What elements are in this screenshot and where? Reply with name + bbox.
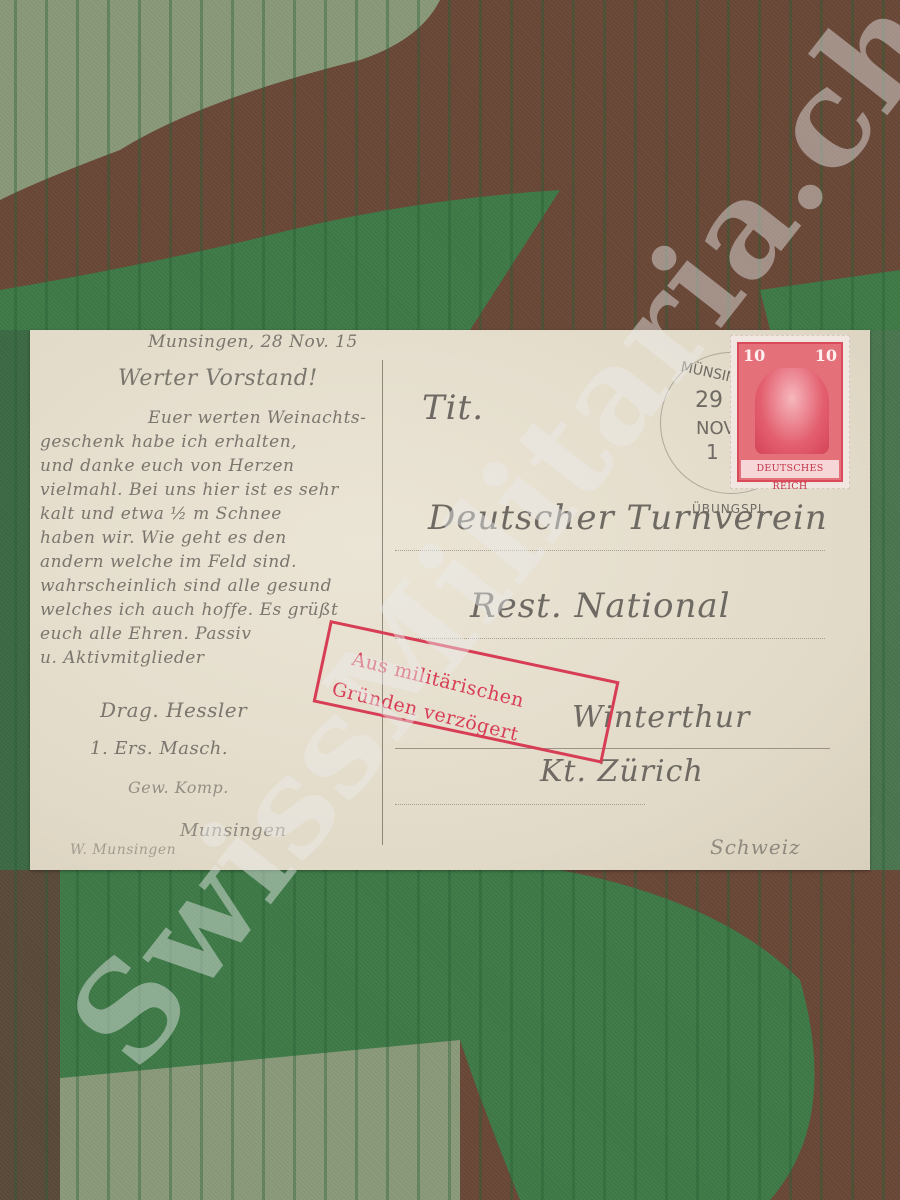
- signature-line: 1. Ers. Masch.: [90, 738, 228, 759]
- address-rule: [395, 550, 825, 551]
- postage-stamp: 10 10 DEUTSCHES REICH: [730, 335, 850, 489]
- postcard: Munsingen, 28 Nov. 15 Werter Vorstand! E…: [30, 330, 870, 870]
- address-rule: [395, 638, 825, 639]
- address-rule: [395, 804, 645, 805]
- message-line: Euer werten Weinachts-: [148, 408, 366, 428]
- message-line: welches ich auch hoffe. Es grüßt: [40, 600, 338, 620]
- message-line: andern welche im Feld sind.: [40, 552, 297, 572]
- message-line: wahrscheinlich sind alle gesund: [40, 576, 332, 596]
- address-line-6: Schweiz: [710, 835, 801, 859]
- signature-line: Munsingen: [180, 820, 286, 841]
- message-line: u. Aktivmitglieder: [40, 648, 204, 668]
- address-line-5: Kt. Zürich: [540, 754, 704, 789]
- message-line: euch alle Ehren. Passiv: [40, 624, 251, 644]
- stamp-value-right: 10: [815, 346, 837, 365]
- stamp-value-left: 10: [743, 346, 765, 365]
- postcard-divider-line: [382, 360, 383, 845]
- stamp-label: DEUTSCHES REICH: [741, 460, 839, 478]
- signature-line: W. Munsingen: [70, 842, 176, 858]
- message-line: kalt und etwa ½ m Schnee: [40, 504, 282, 524]
- address-line-1: Tit.: [422, 388, 484, 428]
- message-greeting: Werter Vorstand!: [118, 366, 318, 391]
- address-rule: [395, 748, 830, 749]
- germania-figure-icon: [755, 368, 829, 454]
- message-line: haben wir. Wie geht es den: [40, 528, 287, 548]
- signature-line: Gew. Komp.: [128, 778, 229, 797]
- message-line: und danke euch von Herzen: [40, 456, 294, 476]
- message-dateline: Munsingen, 28 Nov. 15: [148, 332, 358, 352]
- postmark-day: 29: [695, 388, 723, 413]
- postmark-year: 1: [706, 440, 719, 464]
- message-line: geschenk habe ich erhalten,: [40, 432, 297, 452]
- address-line-3: Rest. National: [470, 586, 731, 626]
- message-line: vielmahl. Bei uns hier ist es sehr: [40, 480, 339, 500]
- signature-line: Drag. Hessler: [100, 698, 247, 722]
- address-line-2: Deutscher Turnverein: [428, 498, 828, 538]
